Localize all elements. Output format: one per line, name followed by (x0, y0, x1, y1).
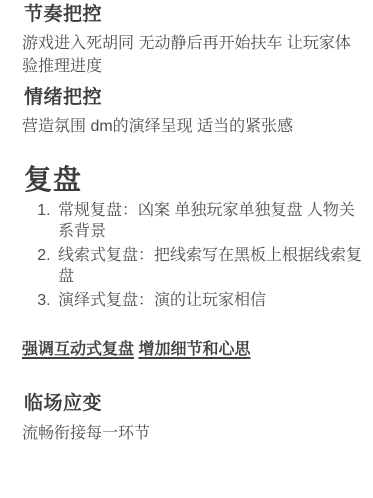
heading-pacing-control: 节奏把控 (24, 2, 362, 27)
list-item-clue-replay: 线索式复盘：把线索写在黑板上根据线索复盘 (55, 245, 362, 287)
paragraph-emotion-control: 营造氛围 dm的演绎呈现 适当的紧张感 (22, 115, 362, 138)
list-item-acting-replay: 演绎式复盘：演的让玩家相信 (55, 290, 362, 311)
notes-document: 节奏把控 游戏进入死胡同 无动静后再开始扶车 让玩家体验推理进度 情绪把控 营造… (0, 0, 373, 445)
list-item-regular-replay: 常规复盘：凶案 单独玩家单独复盘 人物关系背景 (55, 200, 362, 242)
underlined-note: 强调互动式复盘 增加细节和心思 (22, 340, 362, 360)
paragraph-pacing-control: 游戏进入死胡同 无动静后再开始扶车 让玩家体验推理进度 (22, 32, 362, 78)
underlined-note-part-interactive-replay: 强调互动式复盘 (22, 341, 134, 358)
heading-replay: 复盘 (24, 163, 362, 197)
heading-emotion-control: 情绪把控 (24, 85, 362, 110)
heading-improvisation: 临场应变 (24, 391, 362, 416)
paragraph-improvisation: 流畅衔接每一环节 (22, 422, 362, 445)
replay-methods-list: 常规复盘：凶案 单独玩家单独复盘 人物关系背景 线索式复盘：把线索写在黑板上根据… (22, 200, 362, 311)
underlined-note-part-add-detail: 增加细节和心思 (138, 341, 250, 358)
